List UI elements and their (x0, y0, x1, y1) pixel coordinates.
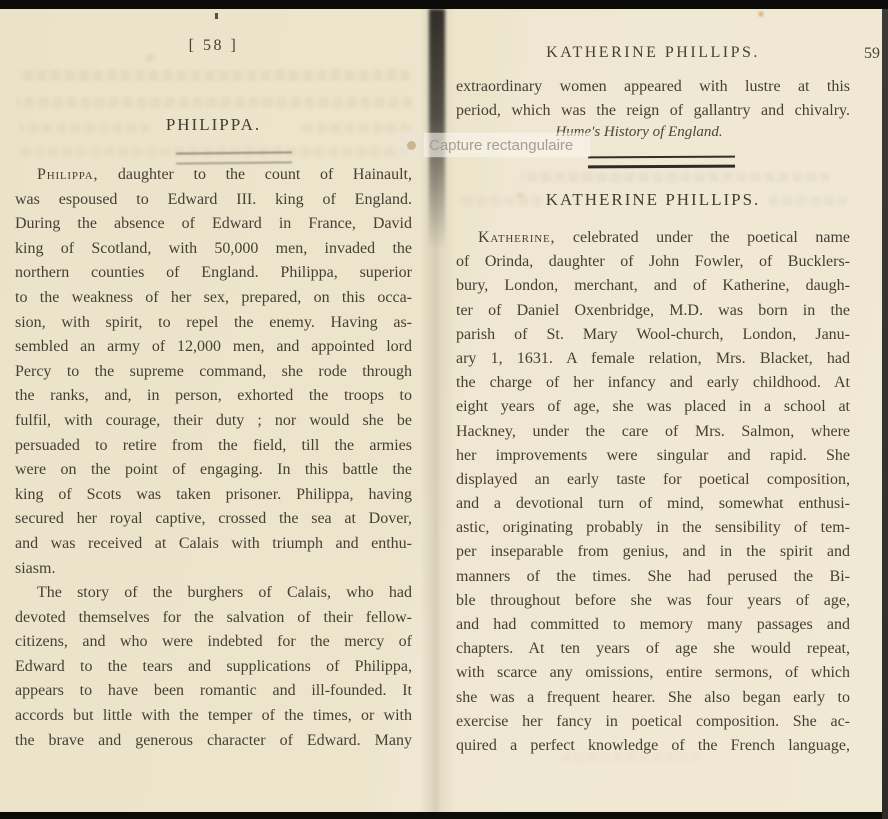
text-line: exercise her fancy in poetical compositi… (456, 710, 850, 734)
paper-stain (757, 10, 765, 18)
text-line: parish of St. Mary Wool-church, London, … (456, 323, 850, 347)
text-line: Edward to the tears and supplications of… (15, 655, 412, 680)
ink-speck (215, 13, 218, 19)
text-line: secured her royal captive, crossed the s… (15, 507, 412, 532)
text-line: the ranks, and, in person, exhorted the … (15, 384, 412, 409)
text-line: of Orinda, daughter of John Fowler, of B… (456, 250, 850, 274)
text-line: citizens, and who were indebted for the … (15, 630, 412, 655)
text-line: and was received at Calais with triumph … (15, 532, 412, 557)
text-line: ter of Daniel Oxenbridge, M.D. was born … (456, 299, 850, 323)
text-line: king of Scotland, with 50,000 men, invad… (15, 237, 412, 262)
text-line: persuaded to retire from the field, till… (15, 434, 412, 459)
capture-tool-label: Capture rectangulaire (429, 137, 573, 154)
text-line: northern counties of England. Philippa, … (15, 261, 412, 286)
text-line: extraordinary women appeared with lustre… (456, 75, 850, 99)
right-running-header: KATHERINE PHILLIPS. (456, 44, 850, 62)
capture-tool-tooltip[interactable]: Capture rectangulaire (398, 133, 590, 157)
text-line: the charge of her infancy and early chil… (456, 371, 850, 395)
text-line: ble throughout before she was four years… (456, 589, 850, 613)
left-page-title: PHILIPPA. (15, 115, 412, 135)
scan-top-edge (0, 0, 888, 9)
right-folio-number: 59 (846, 45, 880, 63)
text-line: Philippa, daughter to the count of Haina… (15, 163, 412, 188)
text-line: ary 1, 1631. A female relation, Mrs. Bla… (456, 347, 850, 371)
text-line: appears to have been romantic and ill-fo… (15, 679, 412, 704)
text-line: per inseparable from genius, and in the … (456, 540, 850, 564)
text-line: bury, London, merchant, and of Katherine… (456, 274, 850, 298)
text-line: chapters. At ten years of age she would … (456, 637, 850, 661)
text-line: devoted themselves for the salvation of … (15, 606, 412, 631)
scan-bottom-edge (0, 812, 888, 819)
right-section-title: KATHERINE PHILLIPS. (456, 190, 850, 210)
text-line: During the absence of Edward in France, … (15, 212, 412, 237)
text-line: was espoused to Edward III. king of Engl… (15, 188, 412, 213)
text-line: accords but little with the temper of th… (15, 704, 412, 729)
text-line: quired a perfect knowledge of the French… (456, 734, 850, 758)
text-line: king of Scots was taken prisoner. Philip… (15, 483, 412, 508)
ghost-text-line (18, 70, 410, 81)
text-line: manners of the times. She had perused th… (456, 565, 850, 589)
text-line: sion, with spirit, to repel the enemy. H… (15, 311, 412, 336)
section-divider-rule (588, 156, 735, 169)
text-line: her improvements were singular and rapid… (456, 444, 850, 468)
text-line: Katherine, celebrated under the poetical… (456, 226, 850, 250)
text-line: siasm. (15, 557, 412, 582)
text-line: astic, originating probably in the sensi… (456, 516, 850, 540)
text-line: to the weakness of her sex, prepared, on… (15, 286, 412, 311)
capture-mode-iconbox (398, 133, 424, 157)
dot-icon (407, 141, 416, 150)
text-line: The story of the burghers of Calais, who… (15, 581, 412, 606)
scan-right-edge (882, 9, 888, 819)
text-line: and had committed to memory many passage… (456, 613, 850, 637)
text-line: with scarce any omissions, entire sermon… (456, 661, 850, 685)
small-caps-lead-word: Katherine, (478, 229, 555, 246)
left-paragraph-1: Philippa, daughter to the count of Haina… (15, 163, 412, 581)
text-line: and a devotional turn of mind, somewhat … (456, 492, 850, 516)
text-line: she was a frequent hearer. She also bega… (456, 686, 850, 710)
text-line: Hackney, under the care of Mrs. Salmon, … (456, 420, 850, 444)
text-line: fulfil, with courage, their duty ; nor w… (15, 409, 412, 434)
right-intro-paragraph: extraordinary women appeared with lustre… (456, 75, 850, 123)
text-line: were on the point of engaging. In this b… (15, 458, 412, 483)
left-paragraph-2: The story of the burghers of Calais, who… (15, 581, 412, 753)
ghost-text-line (520, 172, 830, 182)
right-paragraph-1: Katherine, celebrated under the poetical… (456, 226, 850, 758)
ghost-text-line (16, 97, 412, 108)
text-line: displayed an early taste for poetical co… (456, 468, 850, 492)
text-line: sembled an army of 12,000 men, and appoi… (15, 335, 412, 360)
scanned-book-spread: [ 58 ] PHILIPPA. Philippa, daughter to t… (0, 0, 888, 819)
text-line: Percy to the supreme command, she rode t… (15, 360, 412, 385)
text-line: period, which was the reign of gallantry… (456, 99, 850, 123)
small-caps-lead-word: Philippa, (37, 166, 98, 183)
left-folio-number: [ 58 ] (15, 37, 412, 55)
text-line: eight years of age, she was placed in a … (456, 395, 850, 419)
text-line: the brave and generous character of Edwa… (15, 729, 412, 754)
